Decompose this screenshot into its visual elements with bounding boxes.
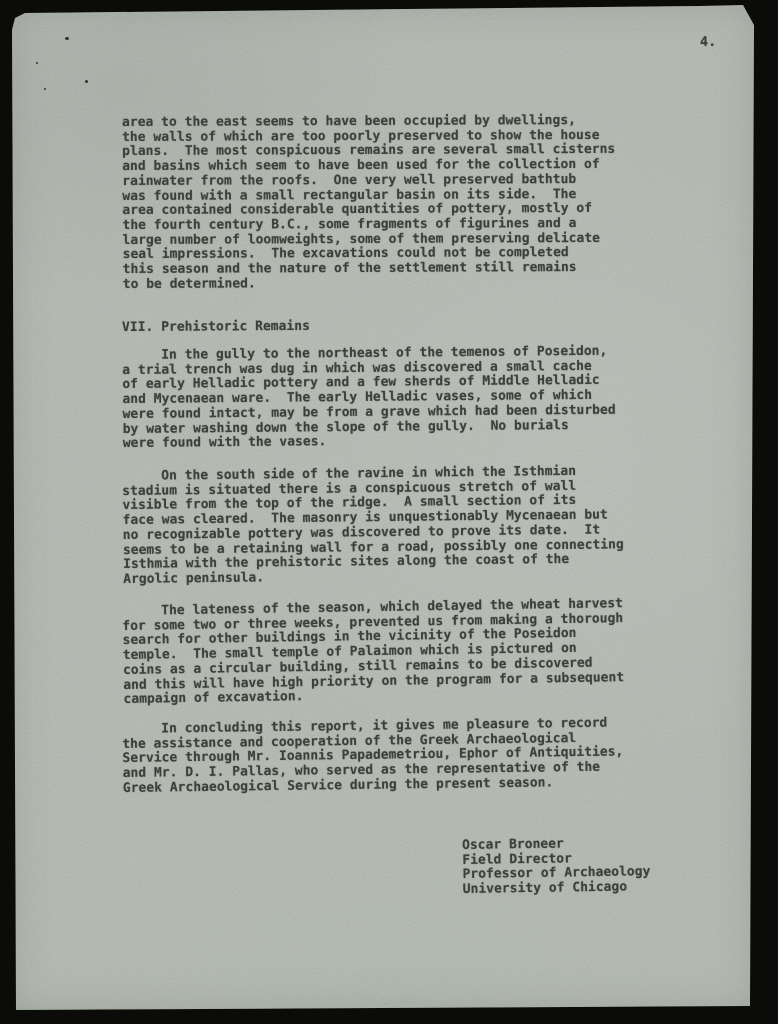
body-paragraph-2: In the gully to the northeast of the tem… <box>122 344 683 452</box>
body-paragraph-3: On the south side of the ravine in which… <box>122 464 683 588</box>
scan-background: 4. area to the east seems to have been o… <box>0 0 778 1024</box>
signature-block: Oscar Broneer Field Director Professor o… <box>462 836 683 898</box>
body-paragraph-4: The lateness of the season, which delaye… <box>122 596 684 708</box>
section-heading: VII. Prehistoric Remains <box>122 318 682 336</box>
ink-speck <box>36 62 38 64</box>
document-page: 4. area to the east seems to have been o… <box>10 4 756 1012</box>
ink-speck <box>85 80 88 83</box>
ink-speck <box>65 37 69 40</box>
typewritten-text-block: area to the east seems to have been occu… <box>122 116 682 898</box>
page-number: 4. <box>700 34 716 50</box>
body-paragraph-5: In concluding this report, it gives me p… <box>122 715 683 796</box>
body-paragraph-1: area to the east seems to have been occu… <box>122 114 683 293</box>
ink-speck <box>44 88 46 90</box>
